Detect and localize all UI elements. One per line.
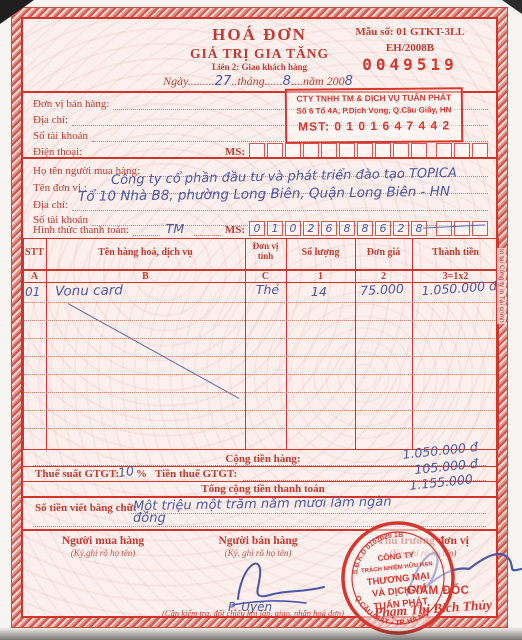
stamp-company-name: CTY TNHH TM & DỊCH VỤ TUẤN PHÁT (287, 92, 461, 104)
amount-in-words-label: Số tiền viết bằng chữ: (35, 502, 137, 514)
seller-name-label: Đơn vị bán hàng: (33, 98, 109, 110)
col-header-price: Đơn giá (355, 247, 412, 258)
tax-digit: 8 (339, 221, 355, 236)
row1-qty: 14 (289, 284, 349, 299)
tax-digit: 1 (267, 221, 283, 236)
vat-rate-label: Thuế suất GTGT: (35, 468, 119, 480)
table-row-dotted (24, 320, 495, 321)
tax-digit: 6 (375, 221, 391, 236)
tax-box (339, 143, 355, 158)
subcol-1: 1 (286, 271, 355, 282)
col-header-unit-line1: Đơn vị (253, 241, 279, 251)
footer-note: (Cần kiểm tra, đối chiếu khi lập, giao, … (83, 608, 423, 618)
subcol-b: B (46, 271, 245, 282)
tax-box (472, 143, 488, 158)
tax-box (321, 143, 337, 158)
col-header-amount: Thành tiền (412, 247, 499, 258)
buyer-payment-row: Hình thức thanh toán: TM MS: 0102688628 (33, 218, 488, 236)
table-row-dotted (24, 356, 495, 357)
dotted-leader (133, 218, 160, 236)
stamp-company-mst: MST: 0 1 0 1 6 4 7 4 4 2 (287, 118, 461, 134)
row1-stt: 01 (25, 285, 47, 299)
table-row-dotted (24, 374, 495, 375)
dots: ......... (188, 74, 215, 88)
buyer-signature-title: Người mua hàng (38, 535, 168, 547)
col-header-name: Tên hàng hoá, dịch vụ (46, 247, 245, 258)
percent-sign: % (136, 468, 147, 480)
table-row-dotted (24, 428, 495, 429)
tax-digit: 0 (249, 221, 265, 236)
grand-total-label: Tổng cộng tiền thanh toán (143, 483, 383, 495)
tax-box (267, 143, 283, 158)
col-header-unit-line2: tính (258, 251, 274, 261)
date-year-label: năm 200 (303, 74, 345, 88)
tax-box (472, 221, 488, 236)
invoice-date-line: Ngày.........27..tháng......8....năm 200… (93, 74, 423, 89)
company-round-stamp: S.Đ.K.D 0102020 1B Q.CẦU GIẤY - TP. HÀ N… (333, 513, 463, 640)
seller-tax-code-boxes (249, 143, 488, 158)
photo-bottom-shadow (0, 627, 522, 640)
seller-rect-stamp: CTY TNHH TM & DỊCH VỤ TUẤN PHÁT Số 6 Tổ … (285, 87, 463, 144)
tax-digit: 2 (303, 221, 319, 236)
director-role-label: GIÁM ĐỐC (383, 585, 493, 597)
date-prefix: Ngày (163, 74, 188, 88)
tax-digit: 8 (357, 221, 373, 236)
buyer-signature-sub: (Ký,ghi rõ họ tên) (38, 548, 168, 558)
seller-phone-row: Điện thoại: MS: (33, 140, 488, 158)
photo-corner-artifact (502, 0, 522, 14)
invoice-photo: HOÁ ĐƠN GIÁ TRỊ GIA TĂNG Liên 2: Giao kh… (0, 0, 522, 640)
series-number: EH/2008B (330, 42, 490, 54)
table-row-dotted (24, 392, 495, 393)
amount-in-words-line2: đồng (133, 511, 166, 526)
date-day-handwritten: 27 (215, 74, 232, 89)
tax-digit: 2 (393, 221, 409, 236)
dots: .... (291, 74, 303, 88)
row1-name: Vonu card (55, 282, 123, 299)
invoice-decorative-border: HOÁ ĐƠN GIÁ TRỊ GIA TĂNG Liên 2: Giao kh… (11, 7, 508, 628)
table-row-dotted (24, 338, 495, 339)
printer-credit-vertical: In tại Công ty in Tài chính (497, 248, 506, 324)
table-row-dotted (24, 302, 495, 303)
table-row-dotted (24, 410, 495, 411)
serial-number: 0049519 (330, 55, 490, 74)
col-header-qty: Số lượng (286, 247, 355, 258)
invoice-paper: HOÁ ĐƠN GIÁ TRỊ GIA TĂNG Liên 2: Giao kh… (21, 17, 498, 618)
tax-box (393, 143, 409, 158)
col-header-unit: Đơn vị tính (245, 241, 286, 261)
tax-box (411, 143, 427, 158)
buyer-ms-label: MS: (225, 224, 245, 236)
subcol-a: A (23, 271, 46, 282)
tax-box (454, 221, 470, 236)
dotted-leader (86, 140, 221, 158)
tax-box (436, 221, 452, 236)
row1-unit: Thẻ (247, 282, 288, 297)
subcol-c: C (245, 271, 286, 282)
tax-box (454, 143, 470, 158)
date-month-label: tháng (237, 74, 264, 88)
section-divider (23, 157, 496, 159)
dots: ...... (265, 74, 283, 88)
buyer-payment-label: Hình thức thanh toán: (33, 224, 129, 236)
tax-box (285, 143, 301, 158)
buyer-tax-code-boxes: 0102688628 (249, 221, 488, 236)
vat-rate-handwritten: 10 (117, 463, 135, 480)
subtotal-label: Cộng tiền hàng: (143, 453, 383, 465)
dotted-leader (194, 218, 221, 236)
tax-box (249, 143, 265, 158)
form-number: Mẫu số: 01 GTKT-3LL (330, 26, 490, 38)
seller-signature-title: Người bán hàng (193, 535, 323, 547)
tax-digit: 6 (321, 221, 337, 236)
buyer-address-label: Địa chỉ: (33, 199, 68, 211)
payment-method-handwritten: TM (166, 221, 184, 236)
tax-digit: 0 (285, 221, 301, 236)
date-month-handwritten: 8 (283, 74, 291, 89)
col-header-stt: STT (23, 247, 46, 258)
tax-box (303, 143, 319, 158)
row1-price: 75.000 (353, 280, 412, 298)
tax-box (375, 143, 391, 158)
date-year-handwritten: 8 (345, 74, 353, 89)
seller-address-label: Địa chỉ: (33, 114, 68, 126)
tax-box (357, 143, 373, 158)
stamp-company-address: Số 6 Tổ 4A, P.Dịch Vọng, Q.Cầu Giấy, HN (287, 105, 461, 116)
tax-box (436, 143, 452, 158)
photo-corner-artifact (0, 0, 34, 24)
vat-amount-label: Tiền thuế GTGT: (155, 468, 237, 480)
